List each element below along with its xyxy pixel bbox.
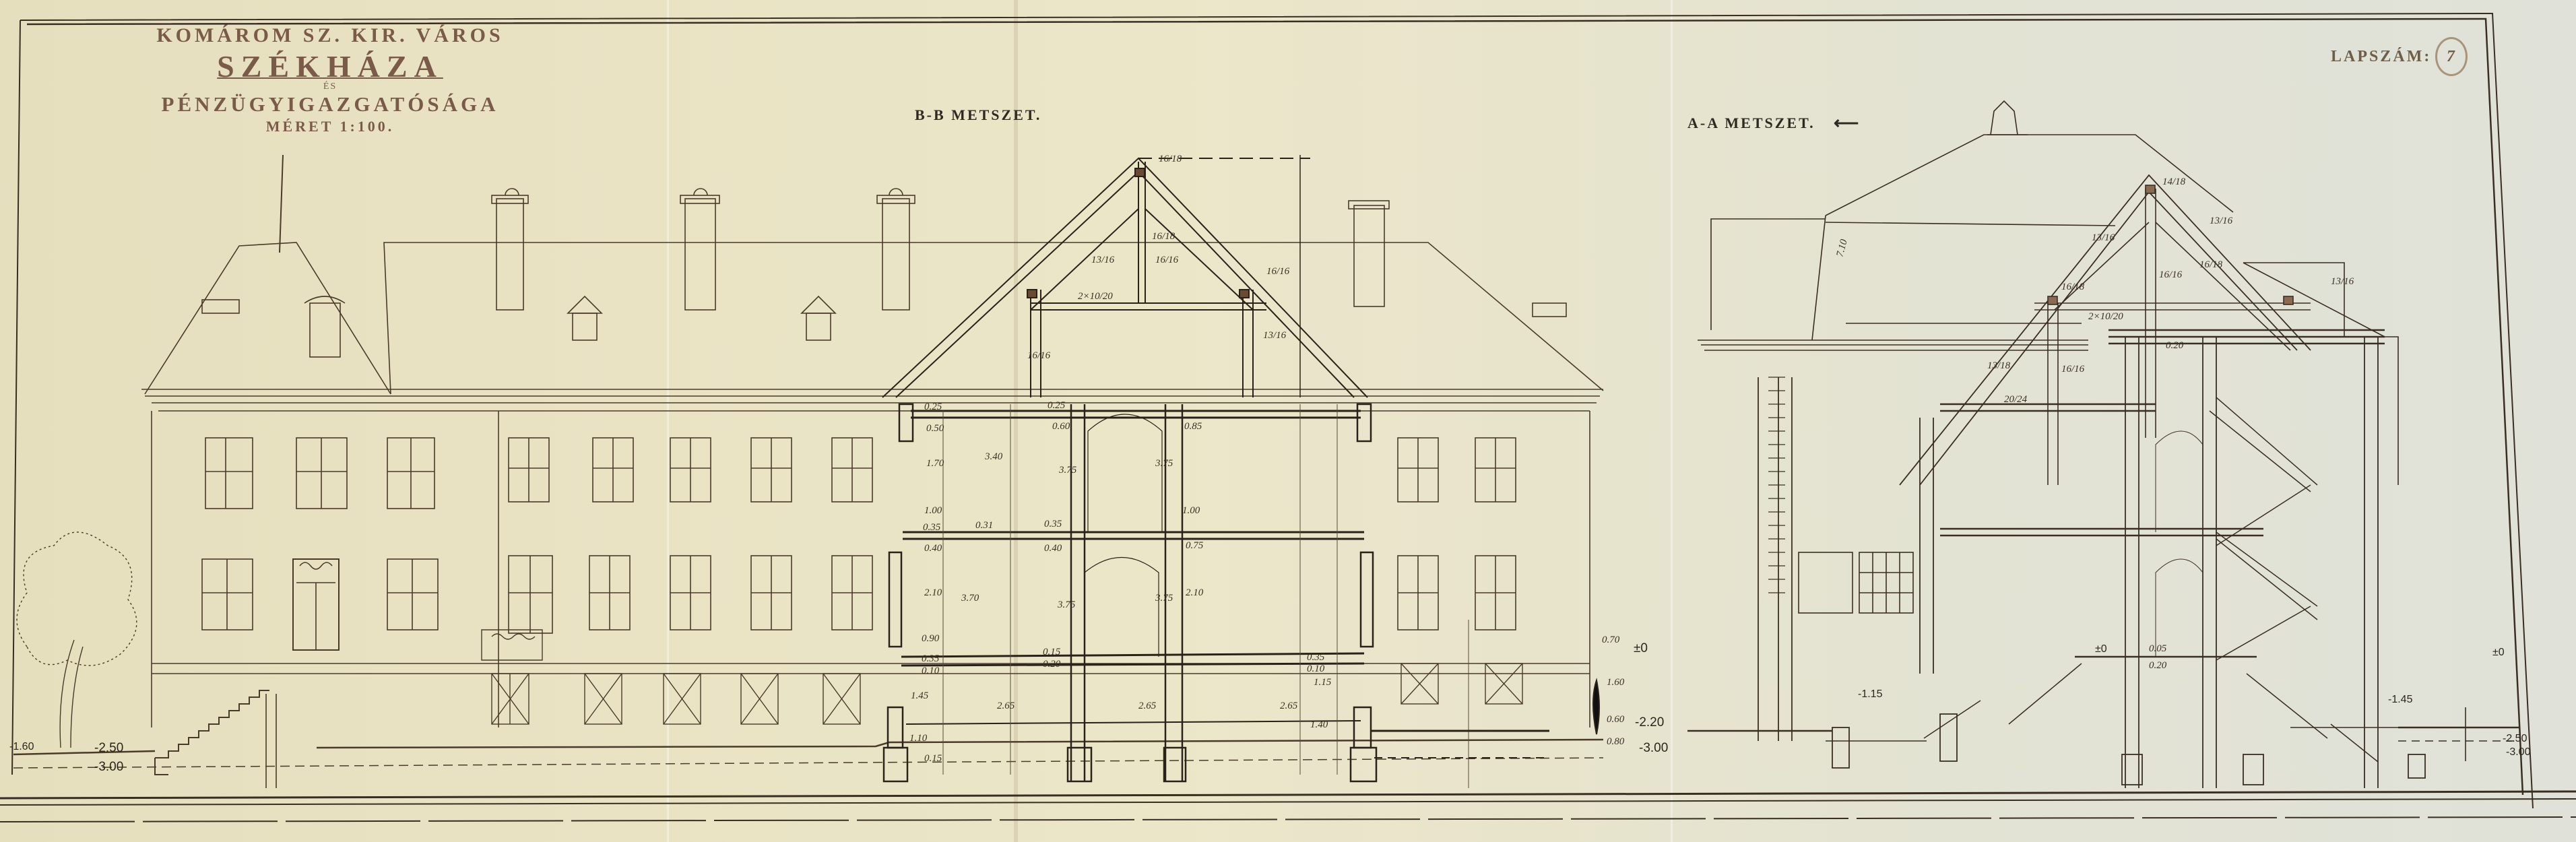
dimension-label: 13/16 [1263,330,1286,342]
sheet-number: LAPSZÁM: 7 [2331,37,2468,76]
dimension-label: 0.15 [924,753,942,765]
title-city: KOMÁROM SZ. KIR. VÁROS [141,24,519,47]
dimension-label: 0.80 [1607,736,1624,748]
level-label: -3.00 [94,760,123,775]
dimension-label: 1.70 [926,458,944,469]
dimension-label: 1.60 [1607,677,1624,688]
dimension-label: 1.45 [911,690,928,702]
dimension-label: 3.75 [1155,458,1173,469]
section-arrow-icon: ⟵ [1834,113,1861,133]
dimension-label: 1.40 [1310,719,1328,731]
dimension-label: 13/16 [2210,216,2232,227]
title-block: KOMÁROM SZ. KIR. VÁROS SZÉKHÁZA ÉS PÉNZÜ… [141,24,519,135]
dimension-label: 0.10 [922,666,939,677]
middle-windows [202,556,1516,650]
dimension-label: 0.90 [922,633,939,645]
dimension-label: 2×10/20 [2088,311,2123,323]
dimension-label: 13/16 [2092,232,2115,244]
dimension-label: 16/18 [2061,282,2084,293]
title-conjunction: ÉS [141,82,519,92]
dimension-label: 0.25 [924,401,942,413]
dimension-label: 16/16 [1266,266,1289,278]
dimension-label: 16/18 [1159,154,1182,165]
dimension-label: 1.15 [1314,677,1331,688]
dimension-label: 0.35 [1044,519,1062,530]
rustication [1768,377,1785,593]
dimension-label: 0.31 [975,520,993,531]
dimension-label: 16/18 [1152,231,1175,242]
dimension-label: 0.60 [1607,714,1624,725]
dimension-label: 16/16 [1155,255,1178,266]
dimension-label: 3.75 [1155,593,1173,604]
level-label: -1.45 [2388,694,2412,706]
dimension-label: 0.15 [1043,647,1060,658]
title-office: PÉNZÜGYIGAZGATÓSÁGA [141,92,519,117]
dimension-label: 1.00 [1182,505,1200,517]
dimension-label: 0.20 [1043,659,1060,670]
dimension-label: 0.10 [1307,663,1324,675]
section-bb [882,155,1599,788]
front-elevation [13,155,1603,788]
level-label: -2.50 [2503,733,2527,745]
dimension-label: 3.75 [1058,600,1075,611]
dimension-label: 2.10 [924,587,942,599]
level-label: ±0 [1634,641,1648,656]
dimension-label: 0.75 [1186,540,1203,552]
sheet-number-label: LAPSZÁM: [2331,48,2431,66]
dimension-label: 0.25 [1048,400,1065,412]
section-aa-label: A-A METSZET. [1687,115,1815,132]
dimension-label: 0.35 [1307,652,1324,663]
dimension-label: 3.75 [1059,465,1076,476]
dimension-label: 0.20 [2166,340,2183,352]
level-label: -1.15 [1858,688,1882,701]
dimension-label: 1.00 [924,505,942,517]
section-bb-label: B-B METSZET. [915,106,1041,124]
dimension-label: 0.20 [2149,660,2166,672]
dimension-label: 0.35 [923,522,940,533]
level-label: -2.20 [1635,715,1664,730]
level-label: ±0 [2095,643,2107,655]
dimension-label: 0.85 [1184,421,1202,432]
chimneys [492,189,1389,310]
dimension-label: 2.65 [1138,701,1156,712]
drawing-sheet: KOMÁROM SZ. KIR. VÁROS SZÉKHÁZA ÉS PÉNZÜ… [0,0,2576,842]
dimension-label: 2×10/20 [1078,291,1113,302]
staircase [1924,397,2378,762]
dimension-label: 0.40 [1044,543,1062,554]
section-aa [1687,101,2519,788]
dimension-label: 1.10 [909,733,927,744]
title-scale: MÉRET 1:100. [141,118,519,135]
level-label: ±0 [2492,647,2505,659]
dormers [202,296,1566,357]
level-label: -3.00 [1639,741,1668,756]
dimension-label: 0.35 [922,653,939,665]
dimension-label: 20/24 [2004,394,2027,406]
level-label: -1.60 [9,741,34,753]
dimension-label: 16/18 [2199,259,2222,271]
upper-windows [205,438,1516,509]
dimension-label: 3.70 [961,593,979,604]
dimension-label: 13/16 [1091,255,1114,266]
dimension-label: 16/16 [1027,350,1050,362]
level-label: -3.00 [2506,746,2530,758]
dimension-label: 0.50 [926,423,944,434]
title-building: SZÉKHÁZA [141,48,519,84]
dimension-label: 3.40 [985,451,1002,463]
dimension-label: 2.10 [1186,587,1203,599]
dimension-label: 0.70 [1602,635,1619,646]
dimension-label: 2.65 [1280,701,1297,712]
dimension-label: 2.65 [997,701,1015,712]
tree [17,532,137,748]
sheet-number-value: 7 [2435,37,2468,76]
dimension-label: 16/16 [2159,269,2182,281]
level-label: -2.50 [94,741,123,756]
dimension-label: 13/18 [1987,360,2010,372]
dimension-label: 13/16 [2331,276,2354,288]
dimension-label: 14/18 [2162,176,2185,188]
dimension-label: 0.40 [924,543,942,554]
dimension-label: 0.60 [1052,421,1070,432]
dimension-label: 16/16 [2061,364,2084,375]
dimension-label: 0.05 [2149,643,2166,655]
